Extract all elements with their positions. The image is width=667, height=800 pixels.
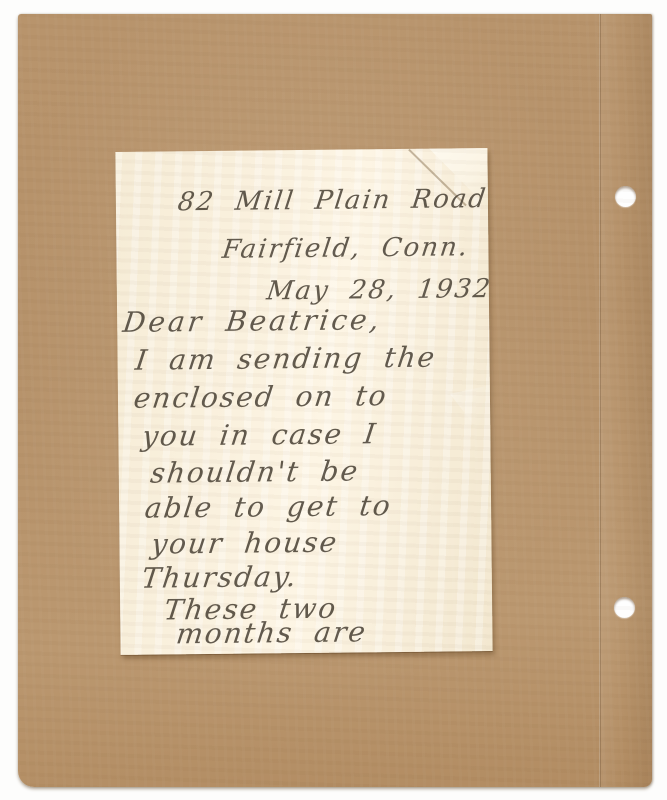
tape-crease-mark xyxy=(450,384,493,436)
salutation: Dear Beatrice, xyxy=(121,303,384,339)
body-line: your house xyxy=(149,526,340,561)
scrapbook-page: 82 Mill Plain Road Fairfield, Conn. May … xyxy=(18,14,652,787)
body-line: enclosed on to xyxy=(132,379,390,415)
body-line: shouldn't be xyxy=(149,454,362,489)
body-line: you in case I xyxy=(140,417,379,453)
body-line: Thursday. xyxy=(140,560,300,595)
address-line-2: Fairfield, Conn. xyxy=(220,232,471,265)
binding-edge-strip xyxy=(601,14,652,787)
letter-paper: 82 Mill Plain Road Fairfield, Conn. May … xyxy=(115,148,492,655)
hole-punch-bottom xyxy=(614,597,635,618)
hole-punch-top xyxy=(615,186,636,207)
date-line: May 28, 1932 xyxy=(265,274,493,306)
body-line: able to get to xyxy=(143,489,394,525)
scanner-background: 82 Mill Plain Road Fairfield, Conn. May … xyxy=(0,0,667,800)
body-line: months are xyxy=(174,615,369,650)
body-line: I am sending the xyxy=(133,341,438,377)
address-line-1: 82 Mill Plain Road xyxy=(176,184,489,217)
